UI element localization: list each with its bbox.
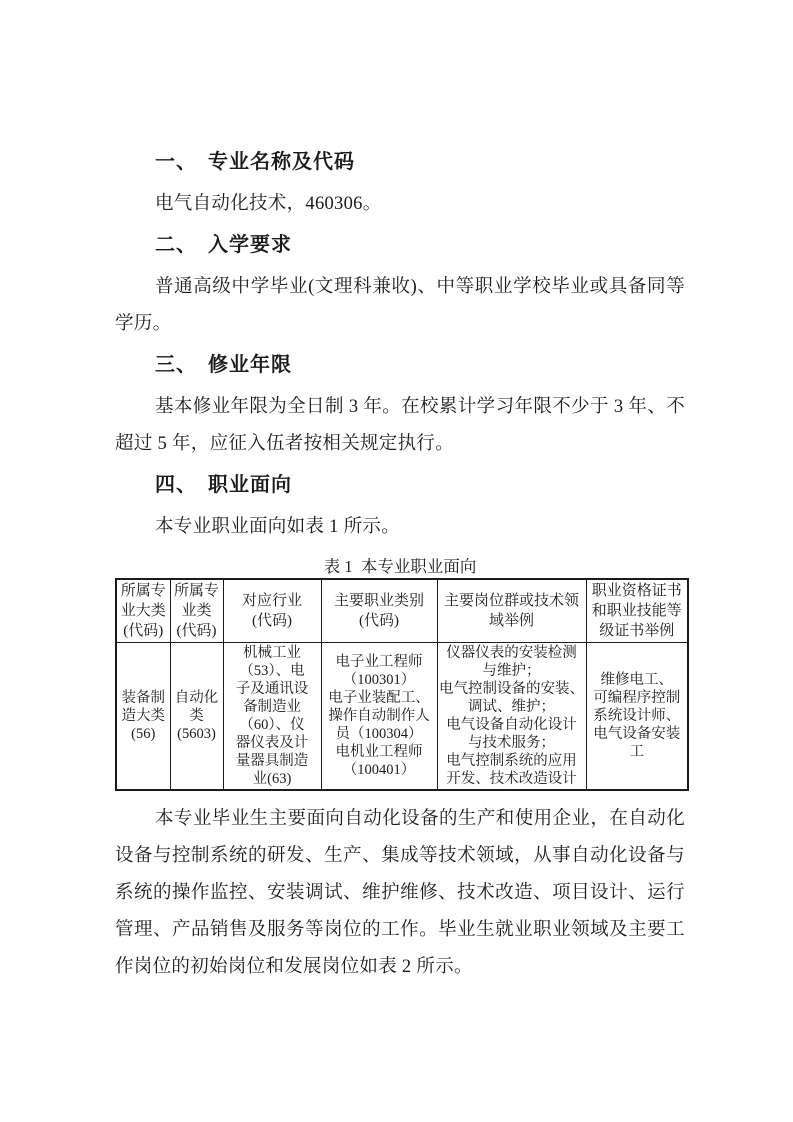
heading-title: 入学要求 (208, 234, 292, 256)
cell-major-category: 装备制 造大类 (56) (116, 643, 170, 791)
paragraph-study-duration: 基本修业年限为全日制 3 年。在校累计学习年限不少于 3 年、不超过 5 年，应… (115, 389, 685, 463)
document-page: 一、专业名称及代码 电气自动化技术，460306。 二、入学要求 普通高级中学毕… (0, 0, 793, 1122)
cell-certificates: 维修电工、 可编程序控制 系统设计师、 电气设备安装 工 (586, 643, 688, 791)
paragraph-career-orientation: 本专业职业面向如表 1 所示。 (115, 509, 685, 546)
heading-number: 三、 (155, 354, 197, 376)
header-cell-certificates: 职业资格证书 和职业技能等 级证书举例 (586, 579, 688, 643)
section-heading-4: 四、职业面向 (115, 471, 685, 499)
paragraph-major-name: 电气自动化技术，460306。 (115, 186, 685, 223)
occupation-table: 所属专 业大类 (代码) 所属专 业类 (代码) 对应行业 (代码) 主要职业类… (115, 578, 689, 791)
heading-title: 专业名称及代码 (208, 151, 355, 173)
heading-number: 一、 (155, 151, 197, 173)
paragraph-graduate-employment: 本专业毕业生主要面向自动化设备的生产和使用企业，在自动化设备与控制系统的研发、生… (115, 801, 685, 986)
heading-number: 二、 (155, 234, 197, 256)
section-heading-1: 一、专业名称及代码 (115, 148, 685, 176)
section-heading-3: 三、修业年限 (115, 351, 685, 379)
cell-major-class: 自动化 类 (5603) (170, 643, 223, 791)
heading-title: 修业年限 (208, 354, 292, 376)
cell-industry: 机械工业 （53）、电 子及通讯设 备制造业 （60）、仪 器仪表及计 量器具制… (223, 643, 321, 791)
table-header-row: 所属专 业大类 (代码) 所属专 业类 (代码) 对应行业 (代码) 主要职业类… (116, 579, 688, 643)
section-heading-2: 二、入学要求 (115, 231, 685, 259)
heading-number: 四、 (155, 474, 197, 496)
header-cell-major-category: 所属专 业大类 (代码) (116, 579, 170, 643)
header-cell-post-examples: 主要岗位群或技术领 域举例 (437, 579, 586, 643)
heading-title: 职业面向 (208, 474, 292, 496)
paragraph-entry-requirements: 普通高级中学毕业(文理科兼收)、中等职业学校毕业或具备同等学历。 (115, 269, 685, 343)
header-cell-major-class: 所属专 业类 (代码) (170, 579, 223, 643)
cell-occupation-type: 电子业工程师 （100301） 电子业装配工、 操作自动制作人 员（100304… (321, 643, 437, 791)
cell-post-examples: 仪器仪表的安装检测 与维护； 电气控制设备的安装、 调试、维护； 电气设备自动化… (437, 643, 586, 791)
table-caption: 表 1 本专业职业面向 (115, 557, 685, 577)
header-cell-occupation-type: 主要职业类别 (代码) (321, 579, 437, 643)
header-cell-industry: 对应行业 (代码) (223, 579, 321, 643)
table-row: 装备制 造大类 (56) 自动化 类 (5603) 机械工业 （53）、电 子及… (116, 643, 688, 791)
